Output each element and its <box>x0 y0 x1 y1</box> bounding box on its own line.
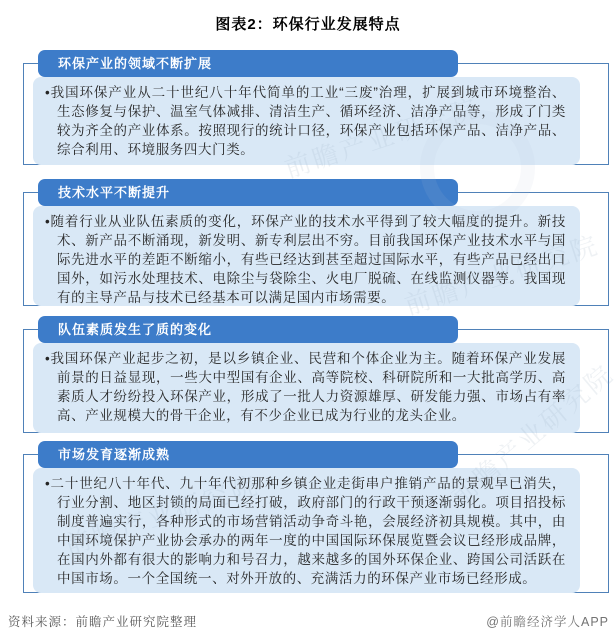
section-header-pill: 环保产业的领域不断扩展 <box>38 50 458 77</box>
section-header-pill: 技术水平不断提升 <box>38 179 458 206</box>
section-body-text: •随着行业从业队伍素质的变化，环保产业的技术水平得到了较大幅度的提升。新技术、新… <box>45 212 566 306</box>
section-header-label: 环保产业的领域不断扩展 <box>58 56 212 71</box>
section-content-box: •我国环保产业起步之初，是以乡镇企业、民营和个体企业为主。随着环保产业发展前景的… <box>33 343 580 433</box>
section-header-pill: 队伍素质发生了质的变化 <box>38 316 458 343</box>
section-body-text: •二十世纪八十年代、九十年代初那种乡镇企业走街串户推销产品的景观早已消失，行业分… <box>45 474 566 588</box>
section-market-maturity: 市场发育逐渐成熟 •二十世纪八十年代、九十年代初那种乡镇企业走街串户推销产品的景… <box>23 441 609 593</box>
section-content-box: •随着行业从业队伍素质的变化，环保产业的技术水平得到了较大幅度的提升。新技术、新… <box>33 206 580 306</box>
section-industry-scope: 环保产业的领域不断扩展 •我国环保产业从二十世纪八十年代简单的工业“三废”治理，… <box>23 50 609 165</box>
section-tech-level: 技术水平不断提升 •随着行业从业队伍素质的变化，环保产业的技术水平得到了较大幅度… <box>23 179 609 306</box>
section-content-box: •二十世纪八十年代、九十年代初那种乡镇企业走街串户推销产品的景观早已消失，行业分… <box>33 468 580 593</box>
section-body-text: •我国环保产业从二十世纪八十年代简单的工业“三废”治理，扩展到城市环境整治、生态… <box>45 83 566 159</box>
section-header-pill: 市场发育逐渐成熟 <box>38 441 458 468</box>
footer-credit: @前瞻经济学人APP <box>486 612 609 630</box>
section-body-text: •我国环保产业起步之初，是以乡镇企业、民营和个体企业为主。随着环保产业发展前景的… <box>45 349 566 425</box>
section-header-label: 队伍素质发生了质的变化 <box>58 322 212 337</box>
section-content-box: •我国环保产业从二十世纪八十年代简单的工业“三废”治理，扩展到城市环境整治、生态… <box>33 77 580 165</box>
section-header-label: 市场发育逐渐成熟 <box>58 447 170 462</box>
section-header-label: 技术水平不断提升 <box>58 185 170 200</box>
page-title: 图表2：环保行业发展特点 <box>0 13 616 34</box>
section-team-quality: 队伍素质发生了质的变化 •我国环保产业起步之初，是以乡镇企业、民营和个体企业为主… <box>23 316 609 433</box>
footer-source: 资料来源：前瞻产业研究院整理 <box>8 612 197 630</box>
